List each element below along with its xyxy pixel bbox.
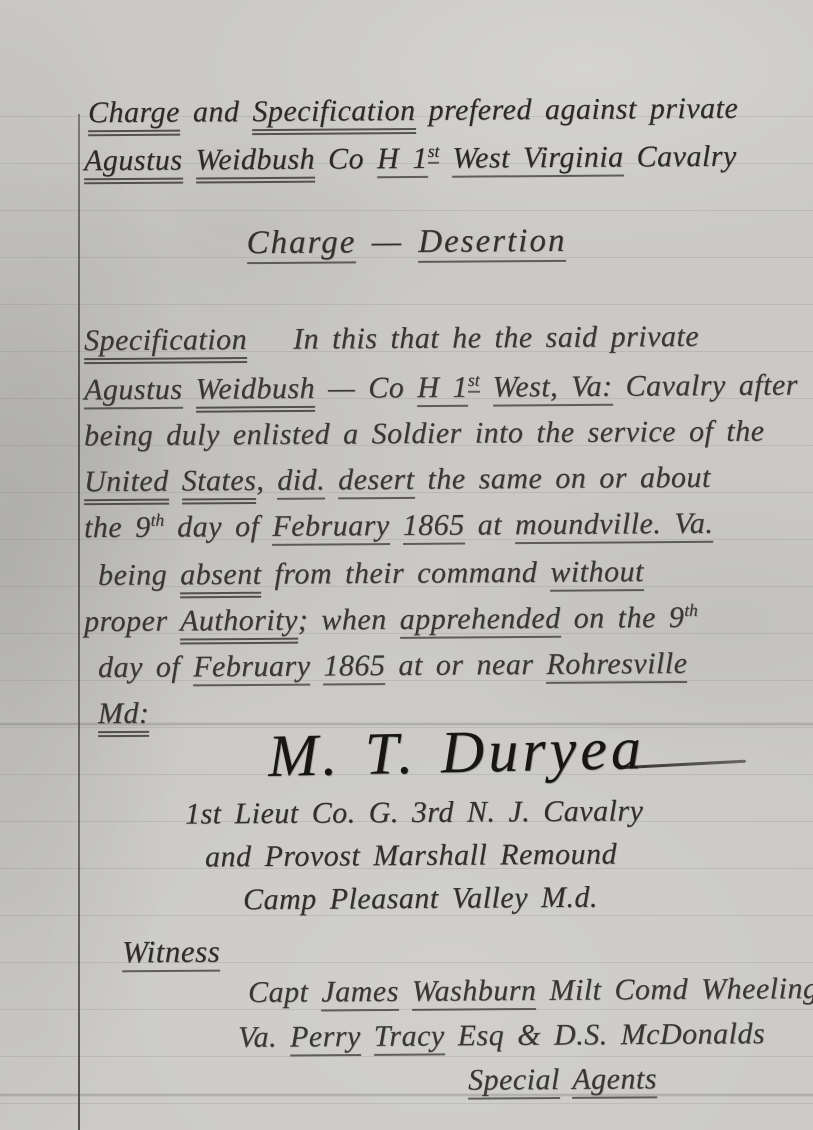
text-segment: February (193, 650, 311, 687)
text-segment (361, 1020, 374, 1053)
text-segment: West, Va: (492, 370, 612, 407)
specification-line-4: United States, did. desert the same on o… (84, 461, 711, 500)
text-segment: Va. (238, 1020, 290, 1053)
text-segment: Weidbush (195, 143, 315, 184)
text-segment: February (272, 509, 390, 546)
text-segment: Cavalry after (612, 369, 798, 403)
text-segment (390, 509, 403, 542)
text-segment: Md: (98, 697, 150, 737)
text-segment (479, 371, 492, 404)
text-segment: 1865 (403, 509, 465, 545)
specification-line-9: Md: (98, 697, 150, 732)
text-segment: Weidbush (195, 372, 315, 413)
text-segment: In this that he the said private (293, 320, 699, 356)
document-page: Charge and Specification prefered agains… (0, 0, 813, 1130)
special-agents-line: Special Agents (468, 1062, 657, 1098)
text-segment: , (256, 464, 277, 497)
text-segment: Perry (290, 1020, 361, 1056)
specification-line-1: Specification In this that he the said p… (84, 320, 699, 359)
signer-camp-line: Camp Pleasant Valley M.d. (243, 881, 598, 918)
text-segment: Agustus (84, 144, 183, 185)
text-segment: H 1 (417, 371, 468, 407)
text-segment: at (465, 508, 516, 541)
text-segment: day of (164, 510, 272, 544)
text-segment: Esq & D.S. McDonalds (445, 1017, 766, 1052)
text-segment: Washburn (412, 974, 537, 1011)
text-segment: Co (315, 142, 377, 175)
text-segment: th (684, 600, 698, 620)
text-segment (439, 142, 452, 175)
text-segment: Charge (246, 224, 356, 264)
text-segment: Special (468, 1063, 560, 1100)
text-segment: from their command (261, 556, 550, 591)
text-segment: James (321, 975, 399, 1012)
margin-rule-line (78, 114, 80, 1130)
signature: M. T. Duryea (267, 714, 645, 791)
text-segment: desert (338, 463, 415, 500)
witness-line-1: Capt James Washburn Milt Comd Wheeling (248, 972, 813, 1010)
text-segment: and (180, 95, 253, 129)
text-segment: Agustus (84, 373, 183, 410)
text-segment: Specification (84, 323, 247, 364)
text-segment: — (356, 224, 418, 260)
charge-heading: Charge — Desertion (0, 221, 813, 265)
specification-line-7: proper Authority; when apprehended on th… (84, 600, 698, 640)
text-segment (399, 975, 412, 1008)
text-segment: Authority (180, 604, 298, 645)
text-segment: st (428, 141, 440, 164)
specification-line-3: being duly enlisted a Soldier into the s… (84, 415, 765, 454)
text-segment: Charge (88, 96, 180, 137)
text-segment: West Virginia (452, 141, 623, 178)
text-segment (560, 1063, 573, 1096)
specification-line-6: being absent from their command without (98, 555, 644, 593)
text-segment: prefered against private (415, 92, 738, 127)
text-segment: th (151, 510, 165, 530)
text-segment: proper (84, 604, 180, 638)
text-segment: Rohresville (546, 647, 687, 684)
text-segment (182, 144, 195, 177)
specification-line-2: Agustus Weidbush — Co H 1st West, Va: Ca… (84, 368, 798, 408)
text-segment: the same on or about (414, 461, 711, 496)
text-segment: Specification (252, 94, 415, 135)
text-segment: Desertion (418, 223, 566, 263)
text-segment: absent (180, 558, 262, 599)
text-segment: United (84, 465, 169, 506)
text-segment: the 9 (84, 511, 151, 544)
text-segment (247, 323, 293, 356)
specification-line-8: day of February 1865 at or near Rohresvi… (98, 647, 688, 686)
text-segment: day of (98, 650, 193, 684)
text-segment: Cavalry (623, 140, 736, 174)
specification-line-5: the 9th day of February 1865 at moundvil… (84, 506, 714, 546)
text-segment (182, 373, 195, 406)
text-segment: st (468, 370, 480, 393)
text-segment: States (182, 464, 257, 505)
text-segment: being (98, 558, 180, 592)
text-segment: Tracy (374, 1019, 445, 1055)
text-segment: moundville. Va. (515, 507, 714, 544)
text-segment: Milt Comd Wheeling (536, 972, 813, 1007)
text-segment: — Co (315, 371, 417, 405)
text-segment: at or near (385, 648, 546, 682)
text-segment: H 1 (377, 142, 428, 178)
signer-rank-line: 1st Lieut Co. G. 3rd N. J. Cavalry (185, 794, 644, 832)
text-segment: without (550, 555, 644, 592)
title-line-defendant: Agustus Weidbush Co H 1st West Virginia … (84, 139, 737, 179)
witness-line-2: Va. Perry Tracy Esq & D.S. McDonalds (238, 1017, 765, 1055)
text-segment: apprehended (400, 602, 561, 639)
text-segment: Agents (572, 1062, 657, 1099)
title-line-charge-specification: Charge and Specification prefered agains… (88, 92, 738, 131)
text-segment (310, 649, 323, 682)
text-segment: Capt (248, 975, 322, 1009)
text-segment (169, 465, 182, 498)
text-segment: ; when (298, 603, 400, 637)
text-segment (325, 463, 338, 496)
signer-provost-line: and Provost Marshall Remound (205, 838, 617, 875)
witness-heading: Witness (122, 934, 220, 970)
text-segment: 1865 (323, 649, 385, 685)
text-segment: Witness (122, 934, 220, 973)
text-segment: on the 9 (561, 601, 685, 635)
text-segment: did. (277, 464, 325, 500)
paper-crease-bottom (0, 1093, 813, 1097)
text-segment: being duly enlisted a Soldier into the s… (84, 415, 765, 453)
